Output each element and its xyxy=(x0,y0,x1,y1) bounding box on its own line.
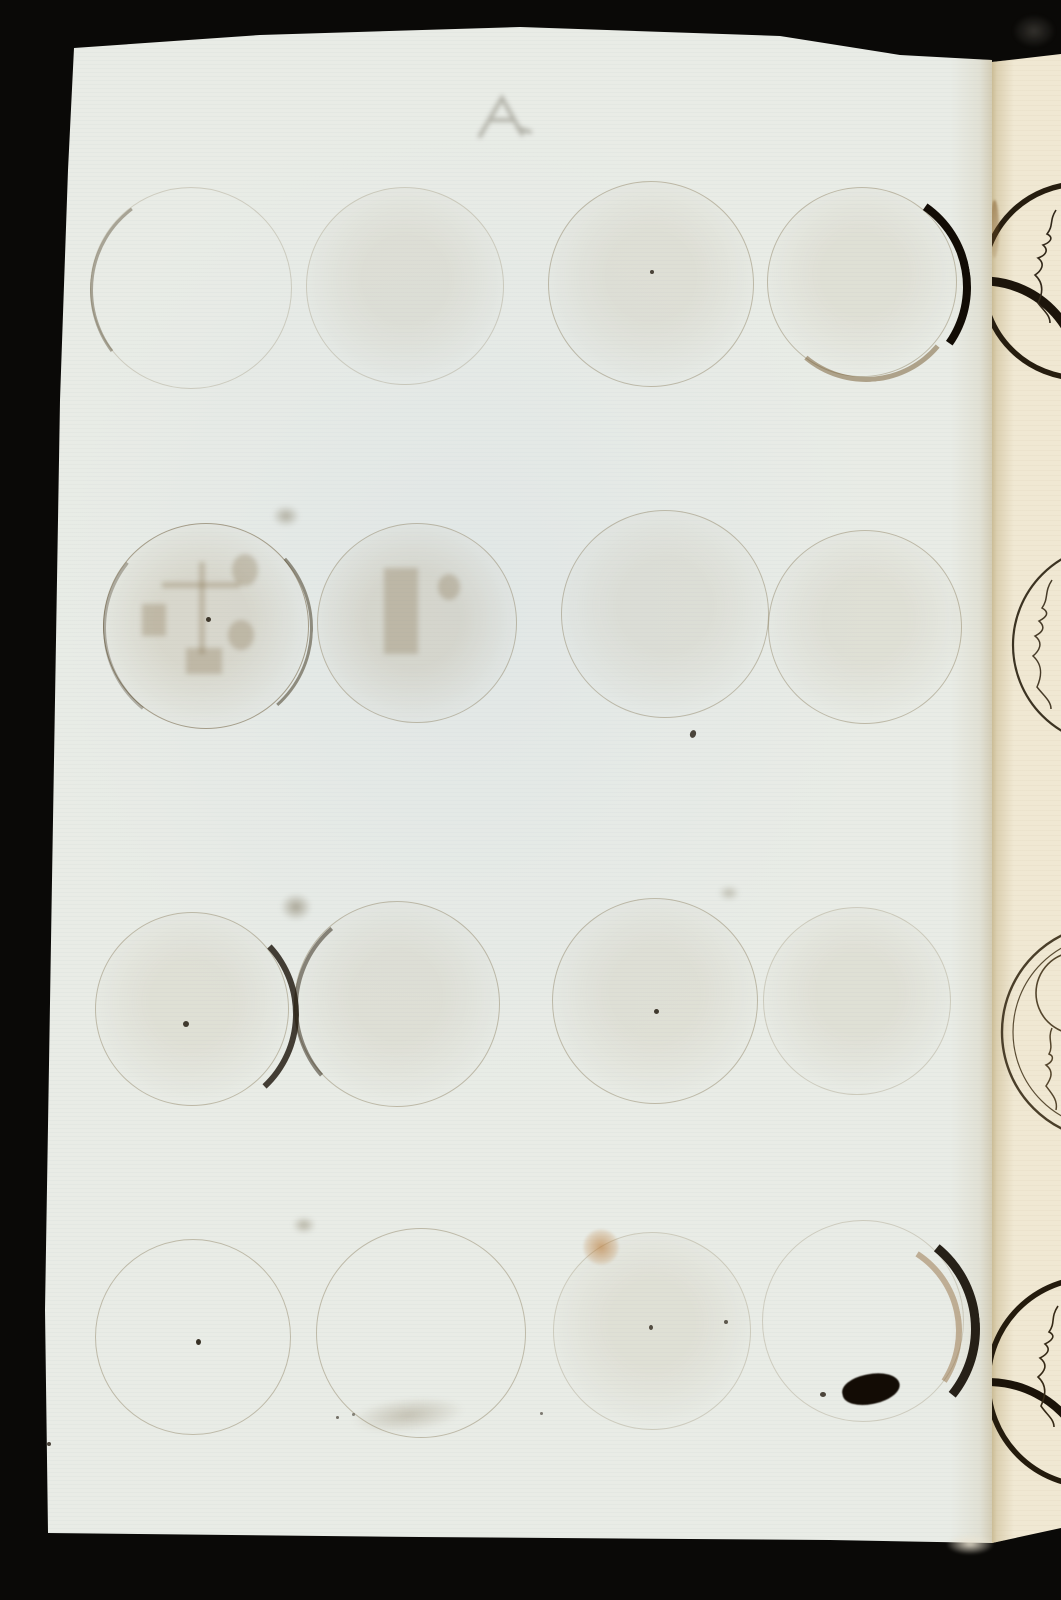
ghost-figure-2 xyxy=(438,574,460,600)
vii-portrait xyxy=(1033,580,1052,709)
ink-dot xyxy=(724,1320,728,1324)
faint-coin-r2-c4 xyxy=(768,530,962,724)
ink-dot xyxy=(654,1009,659,1014)
engraved-coin-lepidus: P·LEPIDVS· xyxy=(992,184,1061,378)
ink-dot xyxy=(183,1021,189,1027)
offset-mark xyxy=(280,893,312,921)
rust-stain xyxy=(583,1229,619,1265)
engraved-coins: P·LEPIDVS· VII. xyxy=(992,0,1061,1600)
ink-arc-r1-c1 xyxy=(77,174,310,407)
binding-thread xyxy=(1012,14,1056,48)
bald-portrait-face xyxy=(1046,1028,1056,1110)
coin-rim-outer xyxy=(1002,924,1061,1140)
ghost-figure xyxy=(384,568,418,654)
engraved-coin-sertorius: SERTORIVS xyxy=(992,1278,1061,1486)
faint-coin-r4-c3 xyxy=(553,1232,751,1430)
ink-dot xyxy=(689,729,697,739)
faint-coin-r1-c3 xyxy=(548,181,754,387)
ink-dot xyxy=(47,1442,51,1446)
facing-page-edge: P·LEPIDVS· VII. xyxy=(992,0,1061,1600)
ink-dot xyxy=(53,140,57,146)
smudge-path xyxy=(480,98,530,136)
engraved-coin-bald-portrait xyxy=(992,0,1061,1140)
offset-mark xyxy=(292,1216,316,1234)
page-verso xyxy=(0,0,992,1600)
ink-dot xyxy=(820,1392,826,1397)
offset-mark xyxy=(272,505,300,527)
faint-coin-r2-c2 xyxy=(317,523,517,723)
ink-dot xyxy=(649,1325,653,1330)
faint-coin-r3-c3 xyxy=(552,898,758,1104)
offset-mark xyxy=(718,885,740,901)
ink-dot xyxy=(336,1416,339,1419)
smudge-strokes xyxy=(468,88,540,146)
coin-rim-inner xyxy=(1013,935,1061,1129)
offset-letter-smudge xyxy=(468,88,540,146)
faint-coin-r4-c1 xyxy=(95,1239,291,1435)
engraved-coin-vii: VII. xyxy=(1013,545,1061,745)
ink-arc-r3-c2 xyxy=(287,894,513,1120)
binding-tuft xyxy=(947,1534,993,1554)
faint-coin-r2-c3 xyxy=(561,510,769,718)
ink-arc-r2-c1-left xyxy=(93,513,324,744)
ink-dot xyxy=(196,1339,201,1345)
ink-dot xyxy=(650,270,654,274)
book-scan: P·LEPIDVS· VII. xyxy=(0,0,1061,1600)
ink-dot xyxy=(540,1412,543,1415)
faint-coin-r3-c4 xyxy=(763,907,951,1095)
faint-coin-r1-c2 xyxy=(306,187,504,385)
coin-rim xyxy=(1013,545,1061,745)
ink-dot xyxy=(206,617,211,622)
